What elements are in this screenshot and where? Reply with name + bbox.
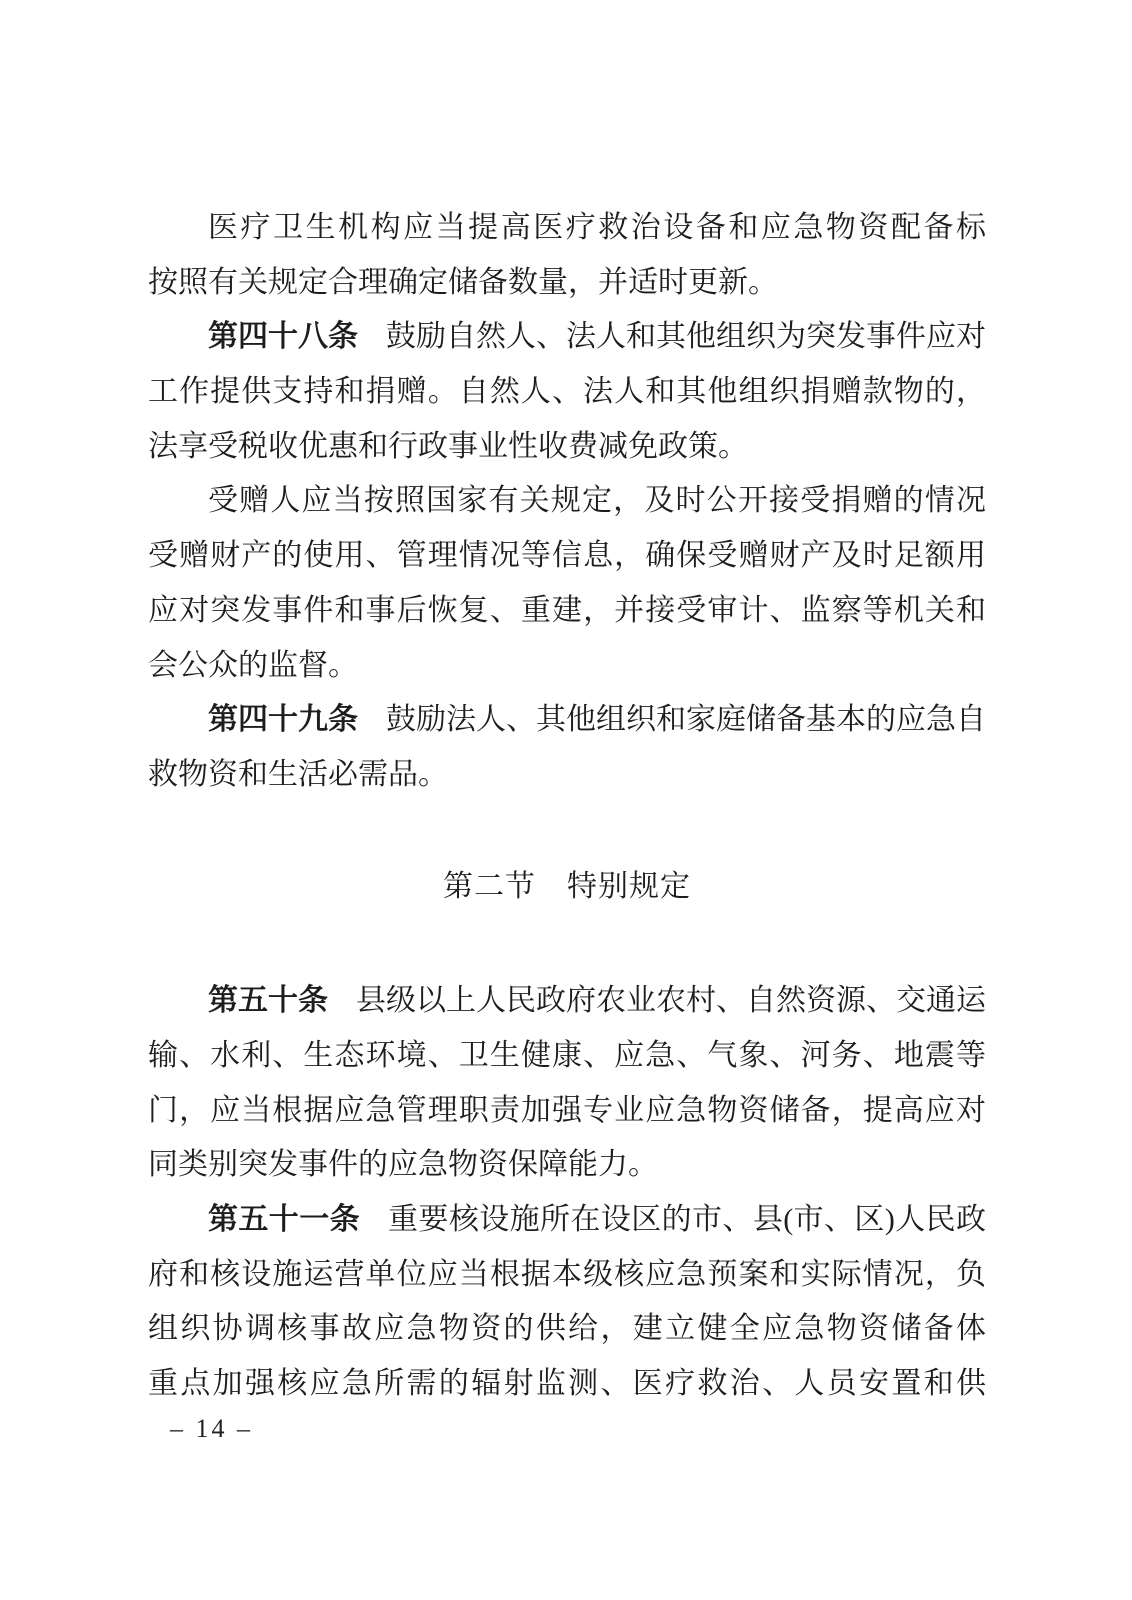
document-body: 医疗卫生机构应当提高医疗救治设备和应急物资配备标准， 按照有关规定合理确定储备数… [148, 201, 986, 1412]
body-text-line: 法享受税收优惠和行政事业性收费减免政策。 [148, 420, 986, 475]
line-text: 门，应当根据应急管理职责加强专业应急物资储备，提高应对不 [148, 1094, 986, 1139]
body-text-line: 输、水利、生态环境、卫生健康、应急、气象、河务、地震等部 [148, 1029, 986, 1084]
body-text-line: 同类别突发事件的应急物资保障能力。 [148, 1138, 986, 1193]
body-text-line: 第四十九条鼓励法人、其他组织和家庭储备基本的应急自 [148, 693, 986, 748]
section-heading: 第二节 特别规定 [148, 860, 986, 915]
line-text: 会公众的监督。 [148, 649, 358, 682]
article-number-label: 第四十九条 [208, 703, 358, 736]
line-text: 工作提供支持和捐赠。自然人、法人和其他组织捐赠款物的，依 [148, 375, 986, 420]
line-text: 按照有关规定合理确定储备数量，并适时更新。 [148, 266, 778, 299]
body-text-line: 第五十一条重要核设施所在设区的市、县(市、区)人民政 [148, 1193, 986, 1248]
page-number: – 14 – [170, 1414, 253, 1444]
body-text-line: 工作提供支持和捐赠。自然人、法人和其他组织捐赠款物的，依 [148, 365, 986, 420]
body-text-line: 受赠人应当按照国家有关规定，及时公开接受捐赠的情况和 [148, 474, 986, 529]
body-text-line: 府和核设施运营单位应当根据本级核应急预案和实际情况，负责 [148, 1248, 986, 1303]
line-text: 鼓励法人、其他组织和家庭储备基本的应急自 [386, 703, 986, 736]
body-text-line: 救物资和生活必需品。 [148, 748, 986, 803]
line-text: 受赠人应当按照国家有关规定，及时公开接受捐赠的情况和 [148, 484, 986, 529]
body-text-line: 重点加强核应急所需的辐射监测、医疗救治、人员安置和供电、 [148, 1357, 986, 1412]
article-number-label: 第五十一条 [208, 1203, 360, 1236]
line-text: 救物资和生活必需品。 [148, 758, 448, 791]
line-text: 鼓励自然人、法人和其他组织为突发事件应对 [386, 320, 986, 353]
line-text: 重点加强核应急所需的辐射监测、医疗救治、人员安置和供电、 [148, 1367, 986, 1412]
line-text: 重要核设施所在设区的市、县(市、区)人民政 [388, 1203, 986, 1236]
body-text-line: 组织协调核事故应急物资的供给，建立健全应急物资储备体系， [148, 1302, 986, 1357]
line-text: 医疗卫生机构应当提高医疗救治设备和应急物资配备标准， [148, 211, 986, 256]
line-text: 府和核设施运营单位应当根据本级核应急预案和实际情况，负责 [148, 1258, 986, 1303]
body-text-line: 第四十八条鼓励自然人、法人和其他组织为突发事件应对 [148, 310, 986, 365]
article-number-label: 第四十八条 [208, 320, 358, 353]
body-text-line: 会公众的监督。 [148, 639, 986, 694]
article-number-label: 第五十条 [208, 984, 328, 1017]
line-text: 同类别突发事件的应急物资保障能力。 [148, 1148, 658, 1181]
line-text: 组织协调核事故应急物资的供给，建立健全应急物资储备体系， [148, 1312, 986, 1357]
line-text: 法享受税收优惠和行政事业性收费减免政策。 [148, 430, 748, 463]
line-text: 应对突发事件和事后恢复、重建，并接受审计、监察等机关和社 [148, 594, 986, 639]
body-text-line: 受赠财产的使用、管理情况等信息，确保受赠财产及时足额用于 [148, 529, 986, 584]
line-text: 县级以上人民政府农业农村、自然资源、交通运 [356, 984, 986, 1017]
body-text-line: 按照有关规定合理确定储备数量，并适时更新。 [148, 256, 986, 311]
line-text: 输、水利、生态环境、卫生健康、应急、气象、河务、地震等部 [148, 1039, 986, 1084]
body-text-line: 第五十条县级以上人民政府农业农村、自然资源、交通运 [148, 974, 986, 1029]
body-text-line: 门，应当根据应急管理职责加强专业应急物资储备，提高应对不 [148, 1084, 986, 1139]
body-text-line: 应对突发事件和事后恢复、重建，并接受审计、监察等机关和社 [148, 584, 986, 639]
line-text: 受赠财产的使用、管理情况等信息，确保受赠财产及时足额用于 [148, 539, 986, 584]
body-text-line: 医疗卫生机构应当提高医疗救治设备和应急物资配备标准， [148, 201, 986, 256]
document-page: { "page": { "background_color": "#ffffff… [0, 0, 1132, 1600]
